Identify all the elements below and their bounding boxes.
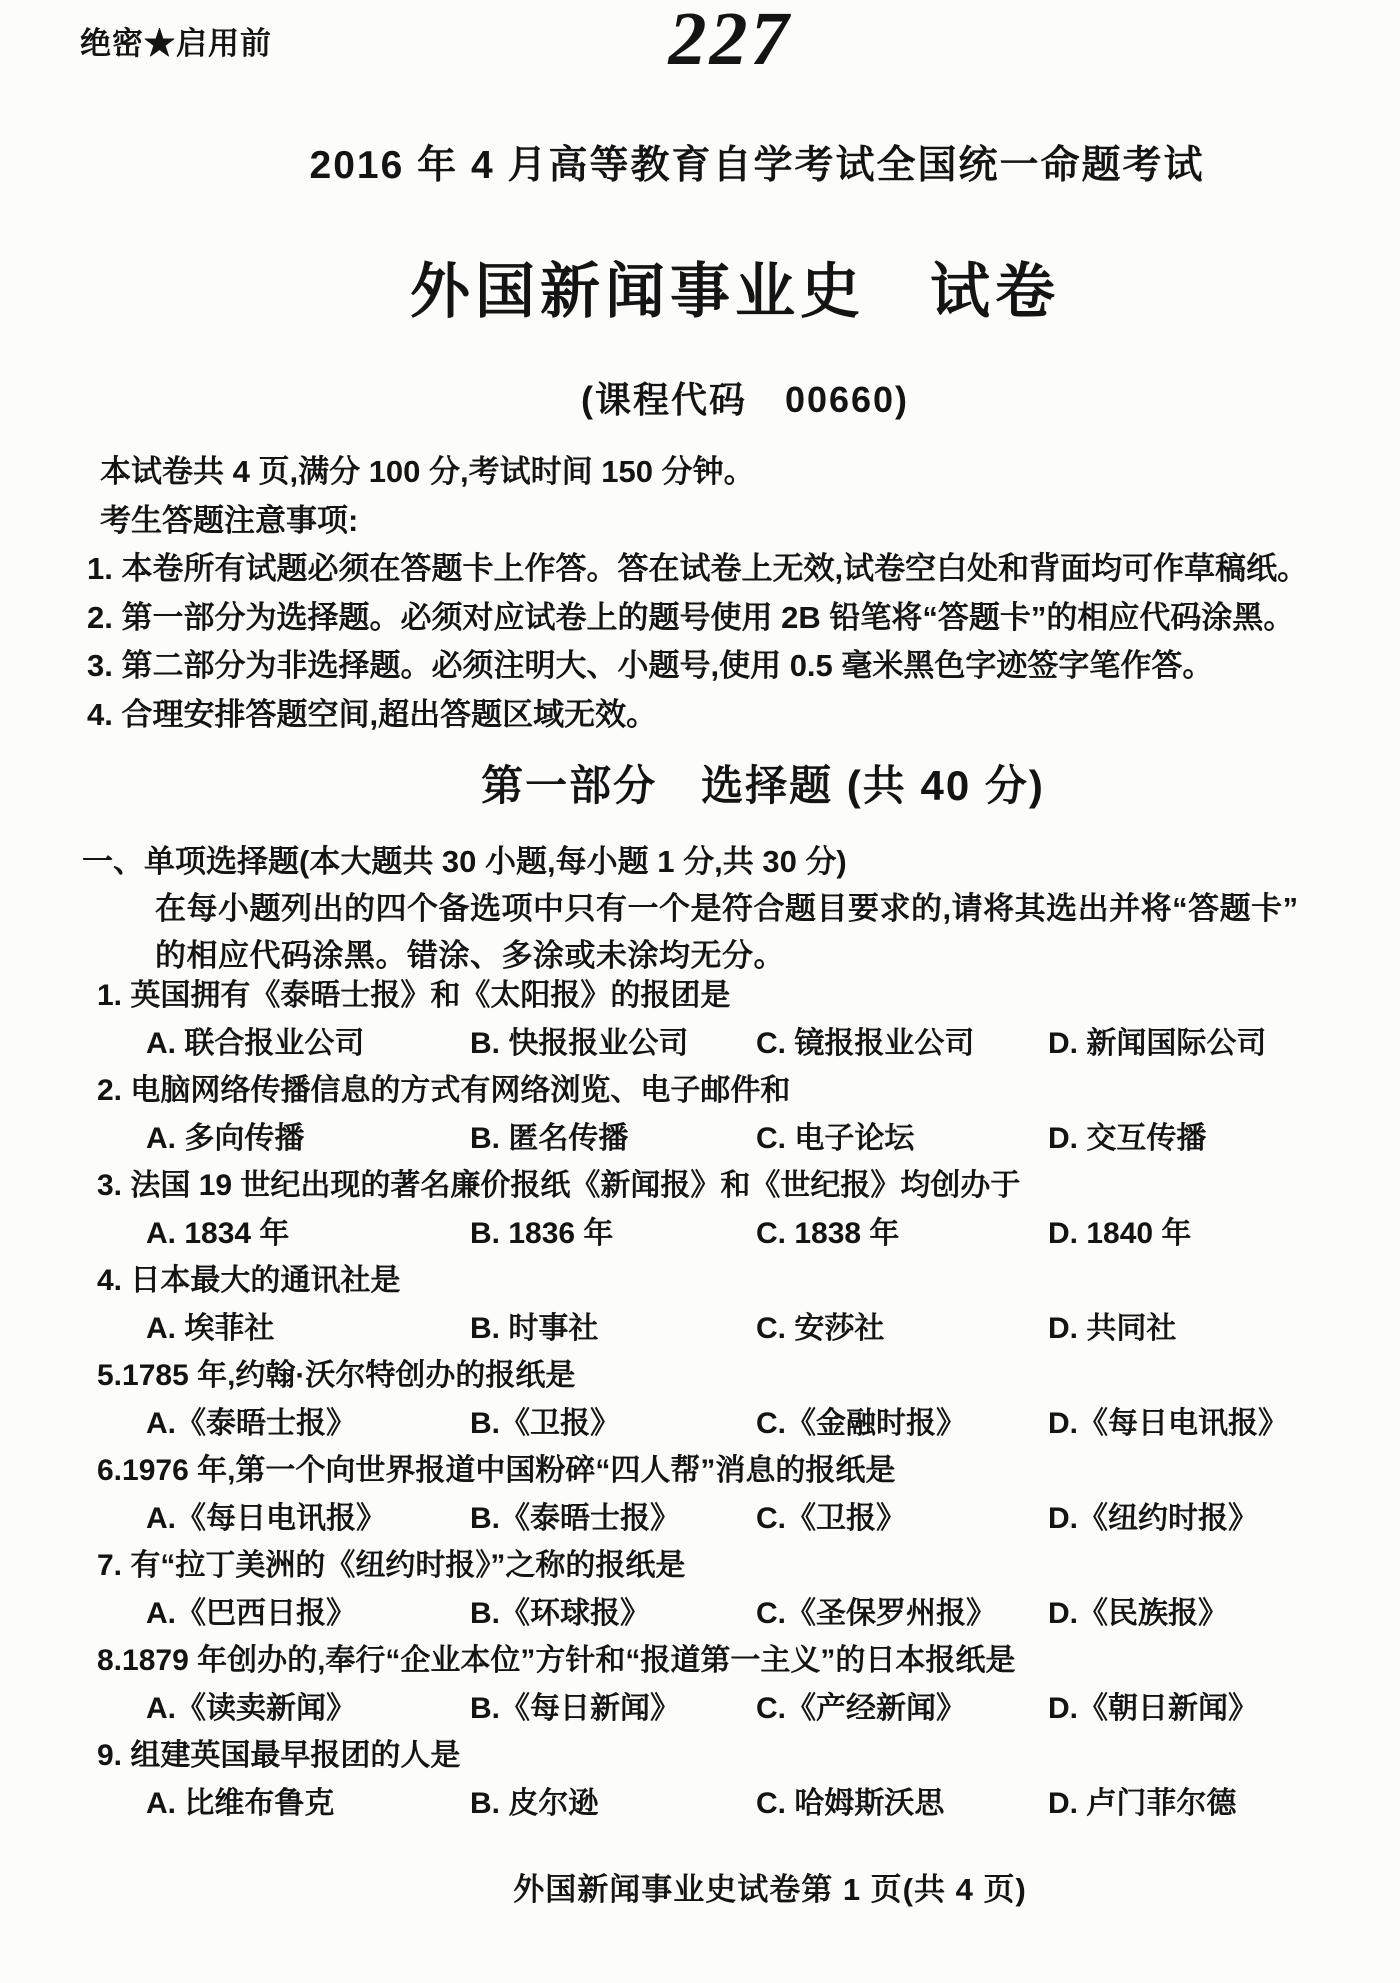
option-b: B. 快报报业公司 <box>470 1020 688 1068</box>
question-stem: 1. 英国拥有《泰晤士报》和《太阳报》的报团是 <box>0 975 1400 1020</box>
course-code: (课程代码 00660) <box>45 372 1400 423</box>
option-c: C. 1838 年 <box>756 1210 899 1258</box>
question-row-5: 5.1785 年,约翰·沃尔特创办的报纸是 A.《泰晤士报》 B.《卫报》 C.… <box>0 1355 1400 1450</box>
question-row-3: 3. 法国 19 世纪出现的著名廉价报纸《新闻报》和《世纪报》均创办于 A. 1… <box>0 1165 1400 1260</box>
option-b: B. 时事社 <box>470 1305 598 1353</box>
question-options: A.《泰晤士报》 B.《卫报》 C.《金融时报》 D.《每日电讯报》 <box>0 1400 1400 1450</box>
question-row-9: 9. 组建英国最早报团的人是 A. 比维布鲁克 B. 皮尔逊 C. 哈姆斯沃思 … <box>0 1735 1400 1830</box>
question-stem: 2. 电脑网络传播信息的方式有网络浏览、电子邮件和 <box>0 1070 1400 1115</box>
option-a: A. 埃菲社 <box>146 1305 274 1353</box>
option-b: B.《泰晤士报》 <box>470 1495 680 1543</box>
question-options: A.《巴西日报》 B.《环球报》 C.《圣保罗州报》 D.《民族报》 <box>0 1590 1400 1640</box>
single-choice-section-header: 一、单项选择题(本大题共 30 小题,每小题 1 分,共 30 分) 在每小题列… <box>82 838 1372 979</box>
question-stem: 6.1976 年,第一个向世界报道中国粉碎“四人帮”消息的报纸是 <box>0 1450 1400 1495</box>
option-c: C.《产经新闻》 <box>756 1685 966 1733</box>
option-b: B.《卫报》 <box>470 1400 620 1448</box>
option-c: C. 哈姆斯沃思 <box>756 1780 944 1828</box>
question-options: A.《每日电讯报》 B.《泰晤士报》 C.《卫报》 D.《纽约时报》 <box>0 1495 1400 1545</box>
page-stamp-number: 227 <box>30 0 1400 80</box>
part-one-heading: 第一部分 选择题 (共 40 分) <box>63 753 1400 813</box>
option-d: D.《每日电讯报》 <box>1048 1400 1288 1448</box>
option-a: A. 比维布鲁克 <box>146 1780 334 1828</box>
option-b: B. 1836 年 <box>470 1210 613 1258</box>
option-c: C. 镜报报业公司 <box>756 1020 974 1068</box>
option-d: D. 新闻国际公司 <box>1048 1020 1266 1068</box>
question-row-1: 1. 英国拥有《泰晤士报》和《太阳报》的报团是 A. 联合报业公司 B. 快报报… <box>0 975 1400 1070</box>
option-a: A.《巴西日报》 <box>146 1590 356 1638</box>
question-stem: 7. 有“拉丁美洲的《纽约时报》”之称的报纸是 <box>0 1545 1400 1590</box>
option-d: D. 卢门菲尔德 <box>1048 1780 1236 1828</box>
exam-paper-page: 绝密★启用前 227 2016 年 4 月高等教育自学考试全国统一命题考试 外国… <box>0 0 1400 1983</box>
option-d: D.《纽约时报》 <box>1048 1495 1258 1543</box>
question-options: A. 埃菲社 B. 时事社 C. 安莎社 D. 共同社 <box>0 1305 1400 1355</box>
option-a: A. 多向传播 <box>146 1115 304 1163</box>
option-c: C. 电子论坛 <box>756 1115 914 1163</box>
question-stem: 4. 日本最大的通讯社是 <box>0 1260 1400 1305</box>
option-c: C. 安莎社 <box>756 1305 884 1353</box>
option-b: B. 皮尔逊 <box>470 1780 598 1828</box>
notes-heading: 考生答题注意事项: <box>100 497 1370 546</box>
option-d: D. 共同社 <box>1048 1305 1176 1353</box>
question-stem: 8.1879 年创办的,奉行“企业本位”方针和“报道第一主义”的日本报纸是 <box>0 1640 1400 1685</box>
note-item-3: 3. 第二部分为非选择题。必须注明大、小题号,使用 0.5 毫米黑色字迹签字笔作… <box>87 642 1370 691</box>
option-c: C.《金融时报》 <box>756 1400 966 1448</box>
question-stem: 9. 组建英国最早报团的人是 <box>0 1735 1400 1780</box>
question-options: A. 多向传播 B. 匿名传播 C. 电子论坛 D. 交互传播 <box>0 1115 1400 1165</box>
option-c: C.《圣保罗州报》 <box>756 1590 996 1638</box>
question-row-4: 4. 日本最大的通讯社是 A. 埃菲社 B. 时事社 C. 安莎社 D. 共同社 <box>0 1260 1400 1355</box>
option-a: A. 联合报业公司 <box>146 1020 364 1068</box>
question-stem: 5.1785 年,约翰·沃尔特创办的报纸是 <box>0 1355 1400 1400</box>
question-row-2: 2. 电脑网络传播信息的方式有网络浏览、电子邮件和 A. 多向传播 B. 匿名传… <box>0 1070 1400 1165</box>
option-d: D.《民族报》 <box>1048 1590 1228 1638</box>
section-note-line-1: 在每小题列出的四个备选项中只有一个是符合题目要求的,请将其选出并将“答题卡” <box>82 885 1372 932</box>
option-d: D.《朝日新闻》 <box>1048 1685 1258 1733</box>
option-c: C.《卫报》 <box>756 1495 906 1543</box>
option-a: A.《读卖新闻》 <box>146 1685 356 1733</box>
question-row-8: 8.1879 年创办的,奉行“企业本位”方针和“报道第一主义”的日本报纸是 A.… <box>0 1640 1400 1735</box>
section-title: 一、单项选择题(本大题共 30 小题,每小题 1 分,共 30 分) <box>82 838 1372 885</box>
option-a: A.《泰晤士报》 <box>146 1400 356 1448</box>
note-item-4: 4. 合理安排答题空间,超出答题区域无效。 <box>87 691 1370 740</box>
option-b: B.《环球报》 <box>470 1590 650 1638</box>
section-note-line-2: 的相应代码涂黑。错涂、多涂或未涂均无分。 <box>82 932 1372 979</box>
option-d: D. 交互传播 <box>1048 1115 1206 1163</box>
question-options: A. 比维布鲁克 B. 皮尔逊 C. 哈姆斯沃思 D. 卢门菲尔德 <box>0 1780 1400 1830</box>
question-list: 1. 英国拥有《泰晤士报》和《太阳报》的报团是 A. 联合报业公司 B. 快报报… <box>0 975 1400 1830</box>
question-options: A. 联合报业公司 B. 快报报业公司 C. 镜报报业公司 D. 新闻国际公司 <box>0 1020 1400 1070</box>
exam-session-line: 2016 年 4 月高等教育自学考试全国统一命题考试 <box>57 134 1400 190</box>
exam-summary: 本试卷共 4 页,满分 100 分,考试时间 150 分钟。 <box>100 448 1370 497</box>
exam-instructions: 本试卷共 4 页,满分 100 分,考试时间 150 分钟。 考生答题注意事项:… <box>100 448 1370 739</box>
page-footer: 外国新闻事业史试卷第 1 页(共 4 页) <box>70 1864 1400 1909</box>
question-row-6: 6.1976 年,第一个向世界报道中国粉碎“四人帮”消息的报纸是 A.《每日电讯… <box>0 1450 1400 1545</box>
option-b: B.《每日新闻》 <box>470 1685 680 1733</box>
option-b: B. 匿名传播 <box>470 1115 628 1163</box>
exam-title: 外国新闻事业史 试卷 <box>35 244 1400 330</box>
question-options: A. 1834 年 B. 1836 年 C. 1838 年 D. 1840 年 <box>0 1210 1400 1260</box>
question-options: A.《读卖新闻》 B.《每日新闻》 C.《产经新闻》 D.《朝日新闻》 <box>0 1685 1400 1735</box>
option-d: D. 1840 年 <box>1048 1210 1191 1258</box>
question-row-7: 7. 有“拉丁美洲的《纽约时报》”之称的报纸是 A.《巴西日报》 B.《环球报》… <box>0 1545 1400 1640</box>
option-a: A.《每日电讯报》 <box>146 1495 386 1543</box>
note-item-1: 1. 本卷所有试题必须在答题卡上作答。答在试卷上无效,试卷空白处和背面均可作草稿… <box>87 545 1370 594</box>
note-item-2: 2. 第一部分为选择题。必须对应试卷上的题号使用 2B 铅笔将“答题卡”的相应代… <box>87 594 1370 643</box>
question-stem: 3. 法国 19 世纪出现的著名廉价报纸《新闻报》和《世纪报》均创办于 <box>0 1165 1400 1210</box>
option-a: A. 1834 年 <box>146 1210 289 1258</box>
